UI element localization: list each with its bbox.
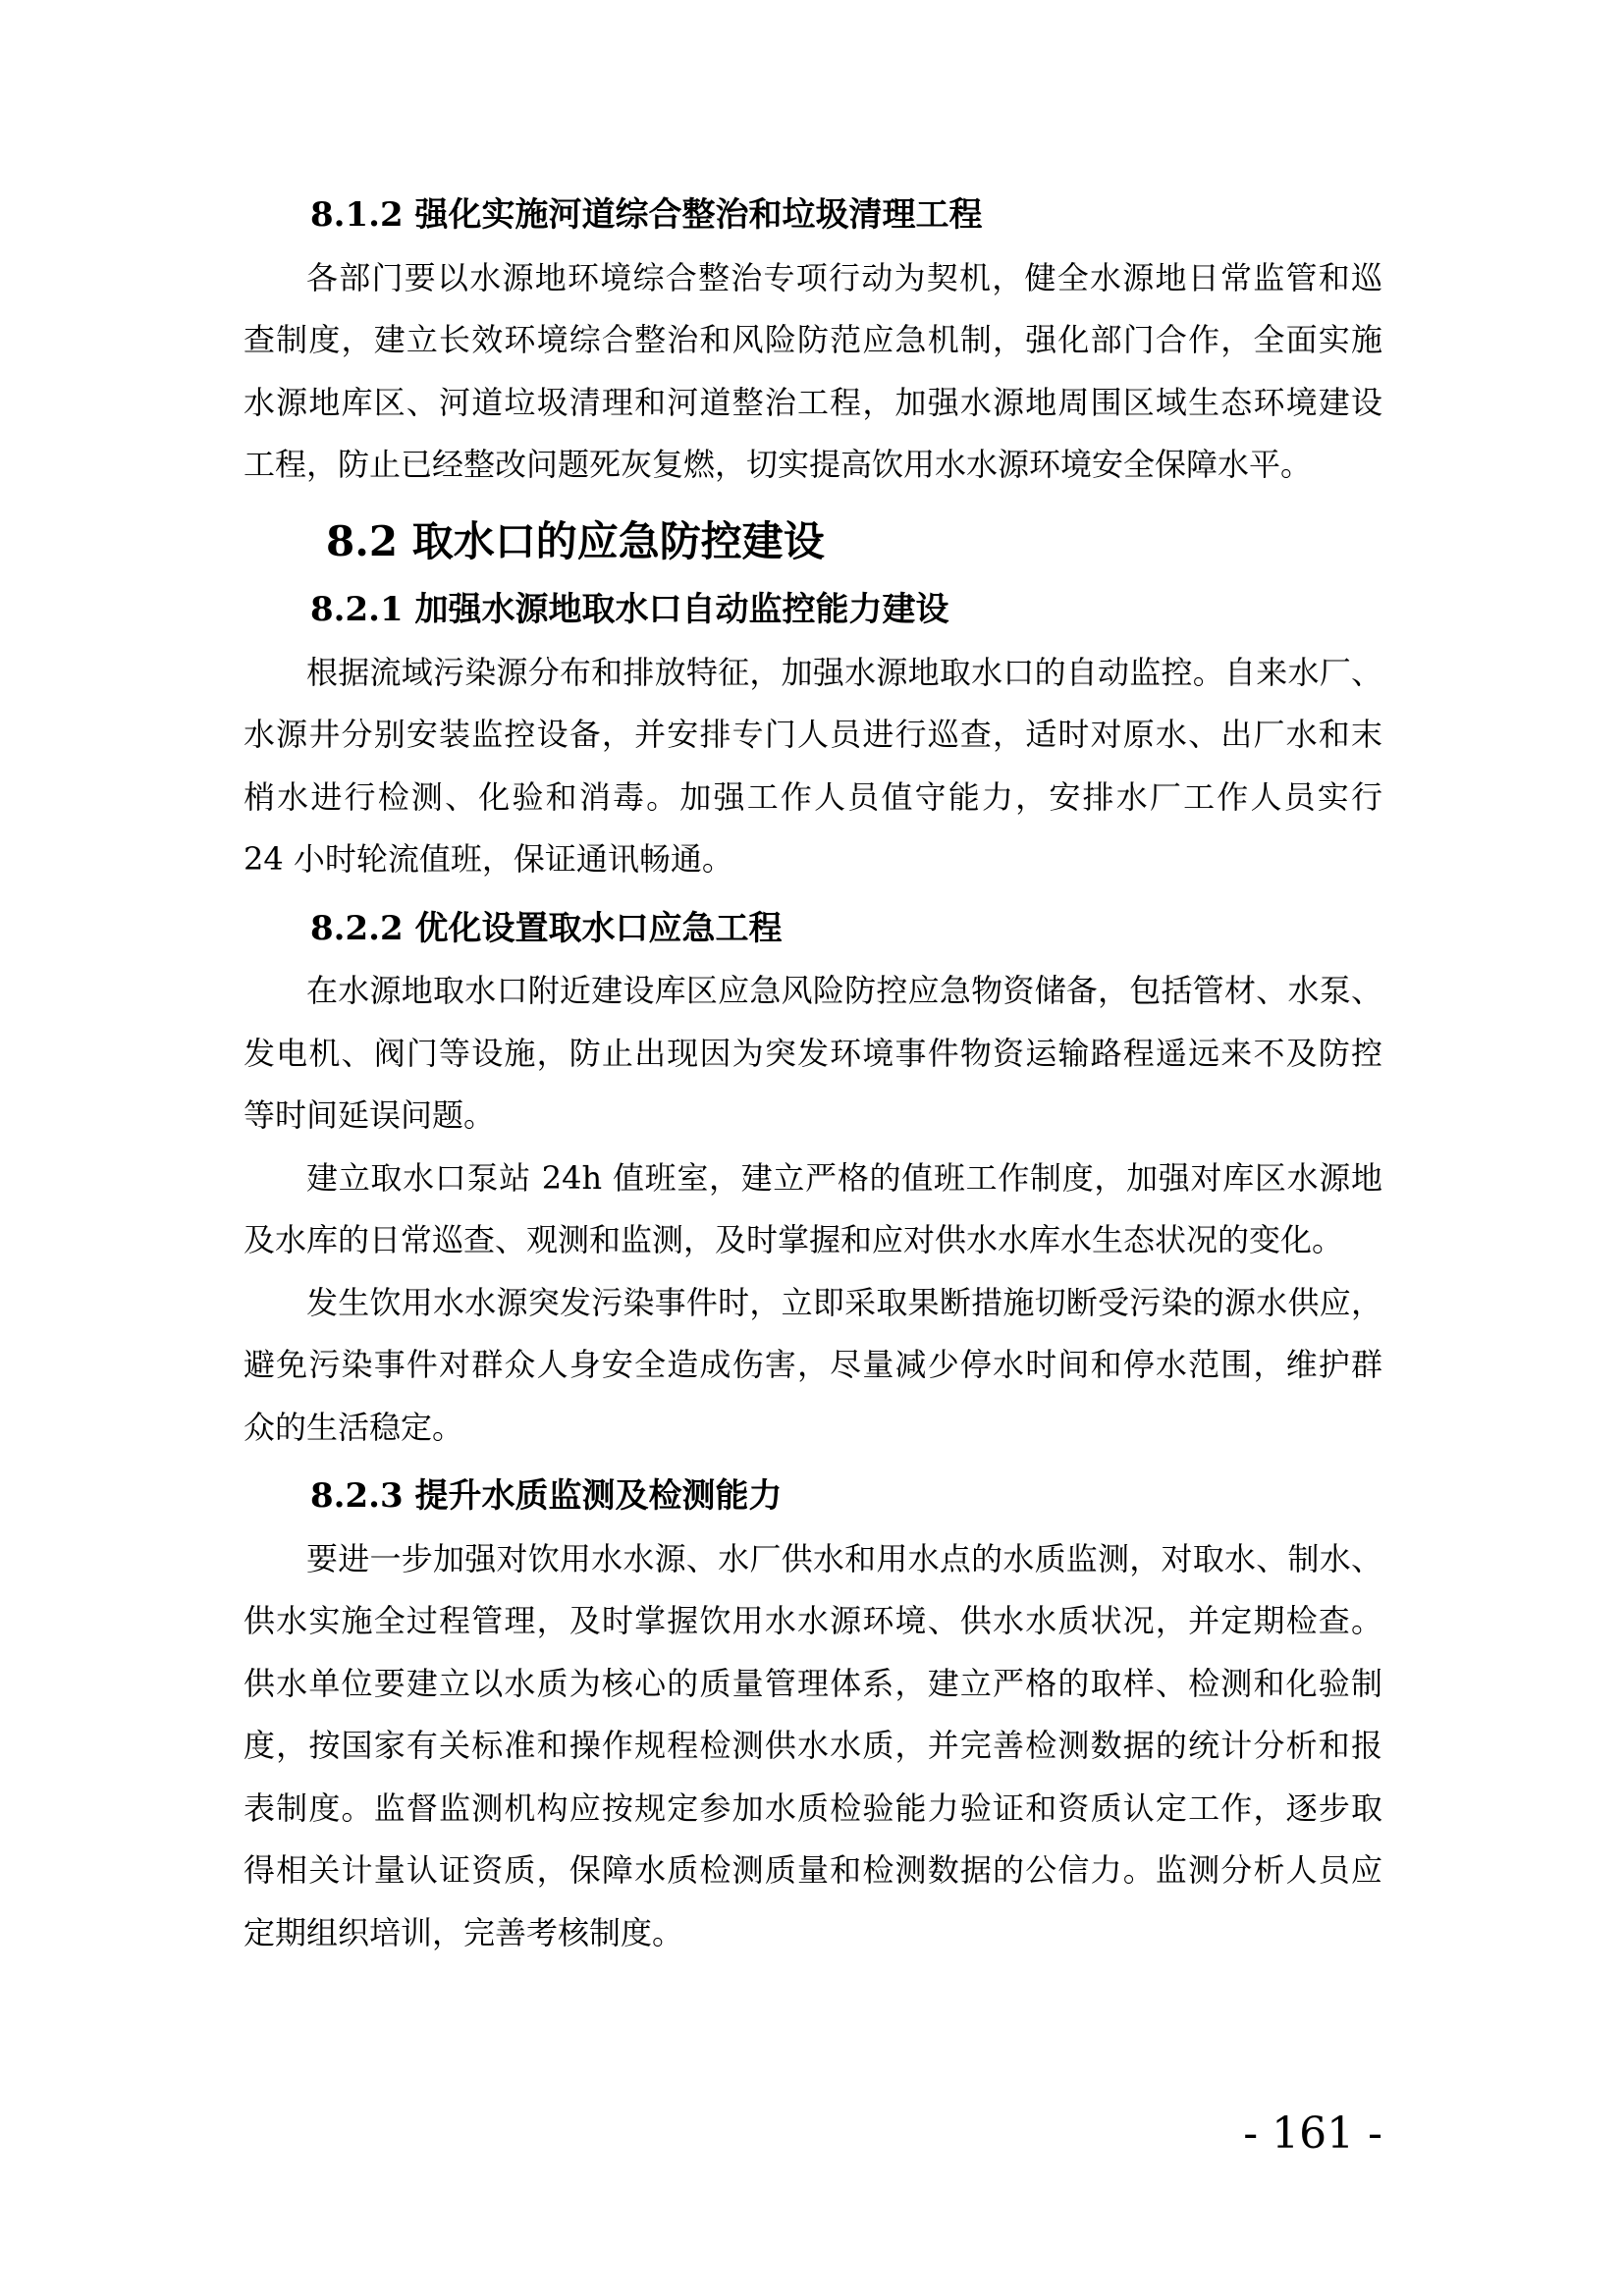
paragraph-line: 供水单位要建立以水质为核心的质量管理体系，建立严格的取样、检测和化验制 [244, 1653, 1382, 1716]
paragraph-line: 建立取水口泵站 24h 值班室，建立严格的值班工作制度，加强对库区水源地 [244, 1148, 1382, 1210]
body-paragraph: 各部门要以水源地环境综合整治专项行动为契机，健全水源地日常监管和巡 查制度，建立… [244, 247, 1382, 497]
section-heading-8-2-1: 8.2.1 加强水源地取水口自动监控能力建设 [244, 579, 1382, 642]
paragraph-line: 众的生活稳定。 [244, 1397, 1382, 1460]
paragraph-line: 查制度，建立长效环境综合整治和风险防范应急机制，强化部门合作，全面实施 [244, 309, 1382, 372]
document-page: 8.1.2 强化实施河道综合整治和垃圾清理工程 各部门要以水源地环境综合整治专项… [0, 0, 1624, 2296]
paragraph-line: 水源井分别安装监控设备，并安排专门人员进行巡查，适时对原水、出厂水和末 [244, 704, 1382, 767]
paragraph-line: 发生饮用水水源突发污染事件时，立即采取果断措施切断受污染的源水供应， [244, 1272, 1382, 1335]
section-heading-8-2-3: 8.2.3 提升水质监测及检测能力 [244, 1466, 1382, 1528]
page-number: - 161 - [244, 2110, 1382, 2158]
paragraph-line: 根据流域污染源分布和排放特征，加强水源地取水口的自动监控。自来水厂、 [244, 642, 1382, 705]
body-paragraph: 发生饮用水水源突发污染事件时，立即采取果断措施切断受污染的源水供应， 避免污染事… [244, 1272, 1382, 1460]
body-paragraph: 在水源地取水口附近建设库区应急风险防控应急物资储备，包括管材、水泵、 发电机、阀… [244, 960, 1382, 1148]
paragraph-line: 各部门要以水源地环境综合整治专项行动为契机，健全水源地日常监管和巡 [244, 247, 1382, 310]
section-heading-8-1-2: 8.1.2 强化实施河道综合整治和垃圾清理工程 [244, 185, 1382, 247]
paragraph-line: 梢水进行检测、化验和消毒。加强工作人员值守能力，安排水厂工作人员实行 [244, 767, 1382, 829]
paragraph-line: 及水库的日常巡查、观测和监测，及时掌握和应对供水水库水生态状况的变化。 [244, 1209, 1382, 1272]
section-heading-8-2: 8.2 取水口的应急防控建设 [244, 510, 1382, 573]
paragraph-line: 避免污染事件对群众人身安全造成伤害，尽量减少停水时间和停水范围，维护群 [244, 1334, 1382, 1397]
paragraph-line: 水源地库区、河道垃圾清理和河道整治工程，加强水源地周围区域生态环境建设 [244, 372, 1382, 435]
paragraph-line: 供水实施全过程管理，及时掌握饮用水水源环境、供水水质状况，并定期检查。 [244, 1590, 1382, 1653]
paragraph-line: 工程，防止已经整改问题死灰复燃，切实提高饮用水水源环境安全保障水平。 [244, 434, 1382, 497]
paragraph-line: 得相关计量认证资质，保障水质检测质量和检测数据的公信力。监测分析人员应 [244, 1840, 1382, 1902]
paragraph-line: 要进一步加强对饮用水水源、水厂供水和用水点的水质监测，对取水、制水、 [244, 1528, 1382, 1591]
paragraph-line: 发电机、阀门等设施，防止出现因为突发环境事件物资运输路程遥远来不及防控 [244, 1023, 1382, 1086]
paragraph-line: 表制度。监督监测机构应按规定参加水质检验能力验证和资质认定工作，逐步取 [244, 1778, 1382, 1841]
paragraph-line: 24 小时轮流值班，保证通讯畅通。 [244, 828, 1382, 891]
body-paragraph: 根据流域污染源分布和排放特征，加强水源地取水口的自动监控。自来水厂、 水源井分别… [244, 642, 1382, 891]
paragraph-line: 在水源地取水口附近建设库区应急风险防控应急物资储备，包括管材、水泵、 [244, 960, 1382, 1023]
body-paragraph: 建立取水口泵站 24h 值班室，建立严格的值班工作制度，加强对库区水源地 及水库… [244, 1148, 1382, 1272]
paragraph-line: 定期组织培训，完善考核制度。 [244, 1902, 1382, 1965]
section-heading-8-2-2: 8.2.2 优化设置取水口应急工程 [244, 898, 1382, 961]
paragraph-line: 等时间延误问题。 [244, 1085, 1382, 1148]
paragraph-line: 度，按国家有关标准和操作规程检测供水水质，并完善检测数据的统计分析和报 [244, 1715, 1382, 1778]
body-paragraph: 要进一步加强对饮用水水源、水厂供水和用水点的水质监测，对取水、制水、 供水实施全… [244, 1528, 1382, 1965]
document-content: 8.1.2 强化实施河道综合整治和垃圾清理工程 各部门要以水源地环境综合整治专项… [244, 185, 1382, 1964]
